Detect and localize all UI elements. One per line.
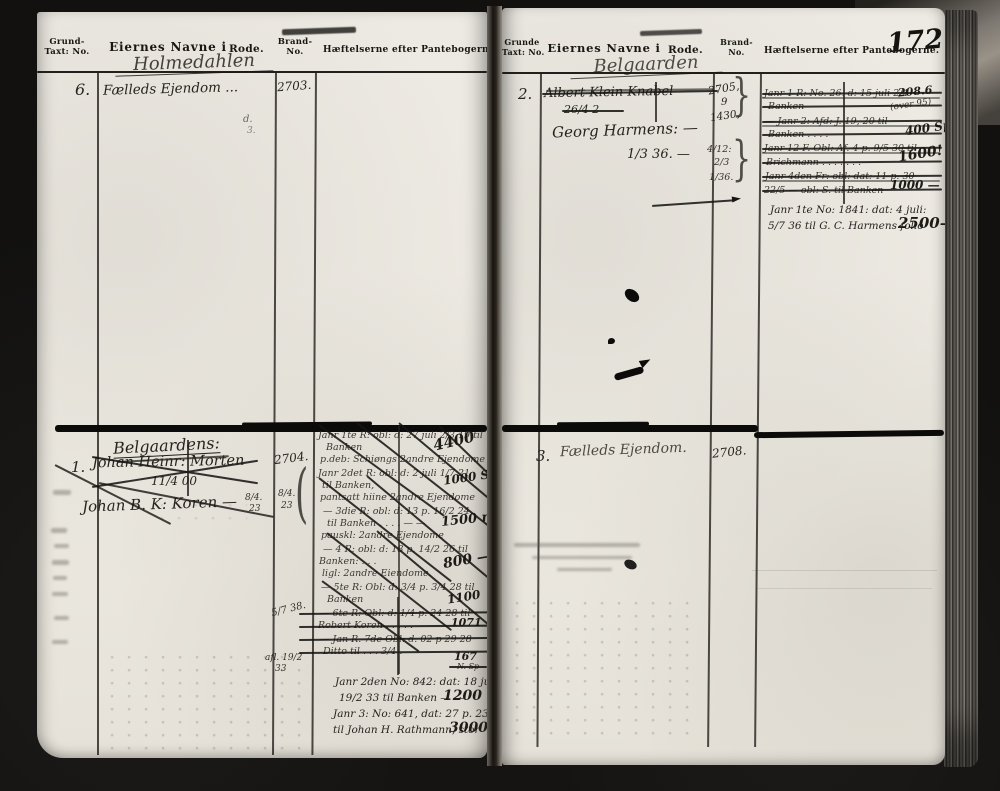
margin-mark: 3.	[247, 126, 256, 136]
bleed-speckle-area	[157, 500, 247, 530]
column-header-grundtaxt: Grunde	[502, 38, 542, 47]
brand-number: 9	[721, 97, 727, 108]
strike-line	[762, 97, 940, 99]
column-header-brand-2: No.	[275, 48, 315, 58]
strike-line-vertical	[655, 82, 657, 122]
strike-line	[762, 125, 940, 127]
fraction-mark: 1/36.	[709, 172, 733, 183]
note-line: Janr 2den No: 842: dat: 18 juli:	[335, 676, 487, 688]
cross-rule-vertical	[843, 82, 845, 204]
bracket-mark: (	[295, 456, 308, 532]
brand-number: 2708.	[711, 443, 747, 461]
brand-number: 2703.	[277, 78, 312, 94]
amount: 1071	[451, 616, 482, 629]
row-number: 2.	[518, 85, 532, 103]
ink-smudge	[282, 27, 356, 36]
bleed-mark	[54, 616, 69, 620]
fraction-mark: 5/7 38.	[270, 600, 307, 619]
column-header-eiernes-navne: Eiernes Navne i	[545, 42, 663, 55]
bleed-mark	[53, 576, 67, 580]
column-header-grundtaxt-2: Taxt: No.	[37, 48, 97, 58]
header-rule	[37, 71, 487, 73]
amount: 3000	[449, 720, 487, 736]
strike-line	[762, 152, 940, 154]
fraction-mark: 4/12:	[707, 144, 732, 155]
right-page: Grunde Taxt: No. Eiernes Navne i Rode. B…	[502, 8, 945, 765]
strike-line	[762, 180, 940, 182]
bleed-speckle-area	[107, 652, 307, 758]
bleed-mark	[514, 543, 640, 547]
ink-smudge	[640, 29, 702, 36]
owner-name: Georg Harmens: —	[552, 118, 698, 141]
column-header-haeftelserne: Hæftelserne efter Pantebogerne.	[323, 45, 485, 55]
ink-stroke-tip	[639, 356, 652, 368]
page-number-value: 172	[886, 24, 945, 60]
bracket-mark: }	[732, 132, 751, 188]
strike-line-vertical	[187, 440, 189, 496]
arrow-head-icon	[732, 196, 742, 203]
ink-blob	[622, 286, 641, 305]
fraction-mark: 8/4.	[245, 493, 262, 503]
ink-stroke	[614, 366, 645, 381]
bleed-mark	[532, 556, 632, 559]
book-gutter	[487, 6, 502, 766]
page-edge-stack	[944, 10, 978, 767]
fraction-mark: 23	[281, 501, 292, 511]
faint-rule	[752, 570, 937, 571]
fraction-mark: 8/4.	[278, 489, 295, 499]
fraction-mark: 23	[249, 504, 260, 514]
column-line	[754, 72, 761, 747]
bleed-mark	[53, 490, 71, 495]
bleed-mark	[557, 568, 612, 571]
arrow-line	[652, 199, 736, 207]
ink-blob	[608, 338, 615, 344]
bleed-mark	[52, 592, 68, 596]
owner-name-note: 1/3 36. —	[627, 147, 690, 162]
bleed-mark	[52, 560, 69, 565]
owner-name: Fælleds Ejendom.	[560, 440, 687, 460]
section-divider-bar	[754, 430, 944, 438]
faint-rule	[757, 588, 932, 589]
scanned-ledger-page: Grund- Taxt: No. Eiernes Navne i Rode. B…	[0, 0, 1000, 791]
bleed-mark	[51, 528, 67, 533]
bracket-mark: }	[732, 69, 751, 122]
bleed-speckle-area	[512, 598, 692, 738]
section-divider-bar-overstroke	[557, 422, 649, 427]
column-header-grundtaxt-2: Taxt: No.	[502, 48, 542, 57]
row-number: 6.	[75, 80, 90, 99]
strike-line	[562, 110, 624, 112]
left-page: Grund- Taxt: No. Eiernes Navne i Rode. B…	[37, 12, 487, 758]
note-line: Janr 3: No: 641, dat: 27 p. 23/4 33	[333, 708, 487, 720]
bleed-mark	[54, 544, 69, 548]
margin-mark: d.	[243, 114, 253, 125]
fraction-mark: 2/3	[714, 157, 729, 168]
bleed-mark	[52, 640, 68, 644]
ink-blob	[623, 558, 639, 572]
amount: 2500—	[898, 214, 945, 232]
amount: 1200	[443, 688, 482, 704]
section-divider-bar	[502, 425, 758, 432]
owner-name: Fælleds Ejendom ...	[103, 79, 238, 99]
column-line	[97, 71, 99, 755]
row-number: 3.	[536, 447, 550, 465]
header-rule	[502, 72, 945, 74]
strike-line	[449, 666, 487, 668]
cross-rule-vertical	[397, 597, 399, 675]
column-header-brand: Brand-	[713, 38, 760, 47]
